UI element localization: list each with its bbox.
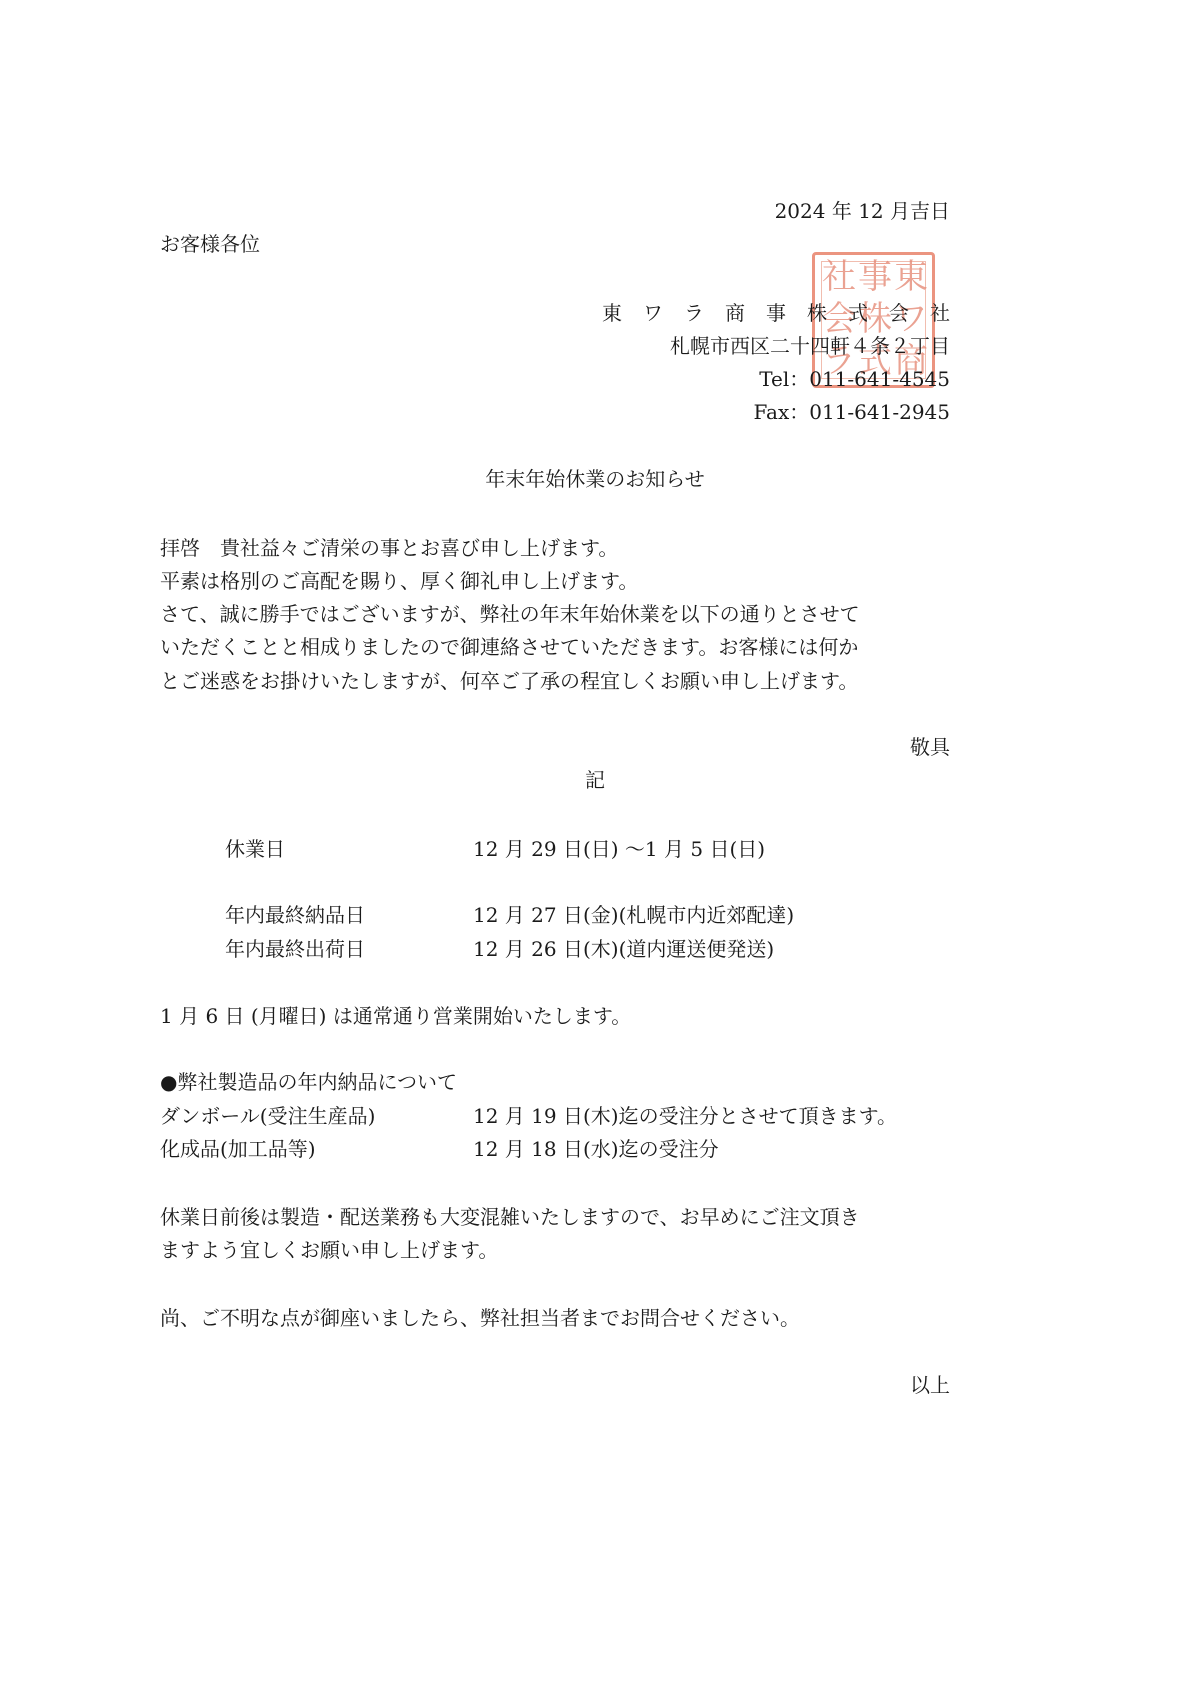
greeting-line: 拝啓 貴社益々ご清栄の事とお喜び申し上げます。	[160, 536, 618, 560]
schedule-label: 年内最終出荷日	[225, 937, 365, 961]
schedule-value: 12 月 27 日(金)(札幌市内近郊配達)	[473, 903, 794, 927]
request-line: ますよう宜しくお願い申し上げます。	[160, 1238, 498, 1262]
product-label: 化成品(加工品等)	[160, 1137, 316, 1161]
greeting-line: さて、誠に勝手ではございますが、弊社の年末年始休業を以下の通りとさせて	[160, 602, 860, 626]
resume-notice: 1 月 6 日 (月曜日) は通常通り営業開始いたします。	[160, 1004, 631, 1028]
schedule-label: 休業日	[225, 837, 285, 861]
closing-salutation: 敬具	[910, 735, 950, 759]
contact-note: 尚、ご不明な点が御座いましたら、弊社担当者までお問合せください。	[160, 1306, 800, 1330]
seal-glyph: 事	[857, 259, 893, 295]
schedule-value: 12 月 26 日(木)(道内運送便発送)	[473, 937, 774, 961]
greeting-line: いただくことと相成りましたので御連絡させていただきます。お客様には何か	[160, 635, 858, 659]
seal-glyph: 東	[893, 259, 929, 295]
ki-heading: 記	[0, 768, 1190, 792]
product-deadline: 12 月 18 日(水)迄の受注分	[473, 1137, 719, 1161]
product-deadline: 12 月 19 日(木)迄の受注分とさせて頂きます。	[473, 1104, 897, 1128]
greeting-line: とご迷惑をお掛けいたしますが、何卒ご了承の程宜しくお願い申し上げます。	[160, 669, 858, 693]
request-line: 休業日前後は製造・配送業務も大変混雑いたしますので、お早めにご注文頂き	[160, 1205, 860, 1229]
recipient: お客様各位	[160, 232, 260, 256]
company-fax: Fax：011-641-2945	[754, 400, 950, 424]
product-label: ダンボール(受注生産品)	[160, 1104, 375, 1128]
company-address: 札幌市西区二十四軒４条２丁目	[670, 334, 950, 358]
document-title: 年末年始休業のお知らせ	[0, 467, 1190, 491]
end-mark: 以上	[910, 1373, 950, 1397]
products-heading: ●弊社製造品の年内納品について	[160, 1070, 457, 1094]
company-tel: Tel：011-641-4545	[759, 367, 950, 391]
document-date: 2024 年 12 月吉日	[775, 199, 950, 223]
schedule-label: 年内最終納品日	[225, 903, 365, 927]
seal-glyph: 社	[821, 259, 857, 295]
schedule-value: 12 月 29 日(日) ～1 月 5 日(日)	[473, 837, 765, 861]
company-name: 東ワラ商事株式会社	[602, 301, 971, 325]
greeting-line: 平素は格別のご高配を賜り、厚く御礼申し上げます。	[160, 569, 638, 593]
